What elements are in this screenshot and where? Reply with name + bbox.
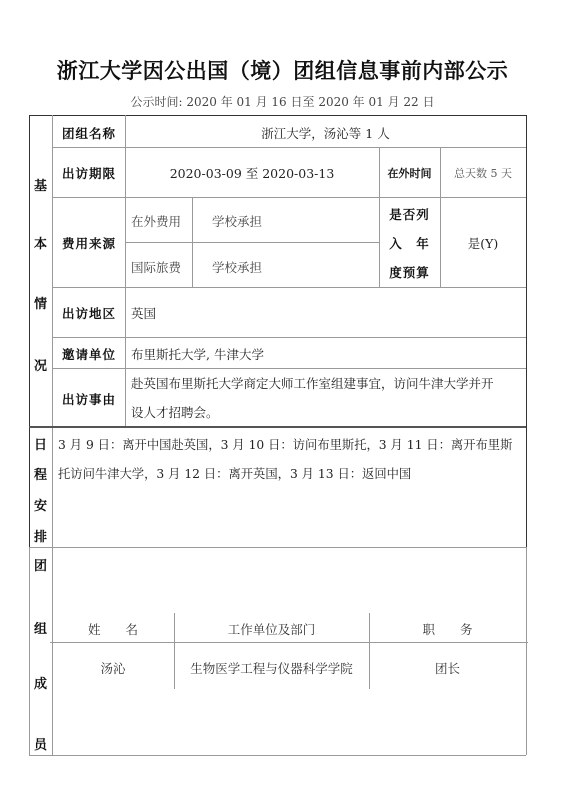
row-divider <box>125 242 379 243</box>
funding-travel-value: 学校承担 <box>212 258 262 276</box>
category-char: 团 <box>29 555 52 574</box>
section-divider <box>29 547 526 548</box>
schedule-line: 托访问牛津大学，3 月 12 日：离开英国，3 月 13 日：返回中国 <box>58 464 411 482</box>
category-char: 况 <box>29 355 52 374</box>
region-value: 英国 <box>131 304 156 322</box>
time-abroad-label: 在外时间 <box>379 165 440 181</box>
category-char: 情 <box>29 293 52 312</box>
inviting-org-value: 布里斯托大学, 牛津大学 <box>131 345 264 363</box>
group-name-value: 浙江大学，汤沁等 1 人 <box>125 124 526 142</box>
category-char: 程 <box>29 464 52 483</box>
members-header-name: 姓 名 <box>52 620 174 638</box>
table-border-top <box>29 115 526 116</box>
member-position: 团长 <box>369 659 526 677</box>
table-border-bottom <box>29 755 526 756</box>
label-divider <box>125 115 126 427</box>
category-char: 基 <box>29 175 52 194</box>
time-abroad-value: 总天数 5 天 <box>440 165 526 181</box>
funding-travel-label: 国际旅费 <box>131 258 181 276</box>
members-header-position: 职 务 <box>369 620 526 638</box>
category-char: 本 <box>29 233 52 252</box>
category-char: 安 <box>29 495 52 514</box>
funding-abroad-label: 在外费用 <box>131 212 181 230</box>
members-border-left <box>29 547 30 755</box>
table-border-right <box>526 115 527 547</box>
region-label: 出访地区 <box>62 304 116 322</box>
row-divider <box>52 147 526 148</box>
budget-label-line: 度预算 <box>379 263 440 281</box>
row-divider <box>52 368 526 369</box>
announcement-period: 公示时间: 2020 年 01 月 16 日至 2020 年 01 月 22 日 <box>0 93 565 110</box>
funding-label: 费用来源 <box>62 234 116 252</box>
section-divider <box>29 426 526 428</box>
category-char: 排 <box>29 526 52 545</box>
members-border-right <box>526 547 527 755</box>
purpose-line: 设人才招聘会。 <box>131 403 219 421</box>
visit-period-label: 出访期限 <box>62 164 116 182</box>
budget-value: 是(Y) <box>440 234 526 252</box>
budget-label-line: 入 年 <box>379 234 440 252</box>
group-name-label: 团组名称 <box>62 124 116 142</box>
schedule-line: 3 月 9 日：离开中国赴英国，3 月 10 日：访问布里斯托，3 月 11 日… <box>58 435 512 453</box>
category-char: 员 <box>29 734 52 753</box>
row-divider <box>52 337 526 338</box>
funding-abroad-value: 学校承担 <box>212 212 262 230</box>
category-char: 日 <box>29 434 52 453</box>
category-char: 组 <box>29 618 52 637</box>
row-divider <box>52 197 526 198</box>
col-divider <box>192 197 193 287</box>
visit-period-value: 2020-03-09 至 2020-03-13 <box>125 164 379 182</box>
member-unit: 生物医学工程与仪器科学学院 <box>174 659 369 677</box>
purpose-line: 赴英国布里斯托大学商定大师工作室组建事宜，访问牛津大学并开 <box>131 374 494 392</box>
category-char: 成 <box>29 673 52 692</box>
purpose-label: 出访事由 <box>62 390 116 408</box>
budget-label-line: 是否列 <box>379 205 440 223</box>
row-divider <box>52 287 526 288</box>
inviting-org-label: 邀请单位 <box>62 345 116 363</box>
members-header-divider <box>50 642 528 643</box>
member-name: 汤沁 <box>52 659 174 677</box>
page-title: 浙江大学因公出国（境）团组信息事前内部公示 <box>0 55 565 85</box>
members-header-unit: 工作单位及部门 <box>174 620 369 638</box>
